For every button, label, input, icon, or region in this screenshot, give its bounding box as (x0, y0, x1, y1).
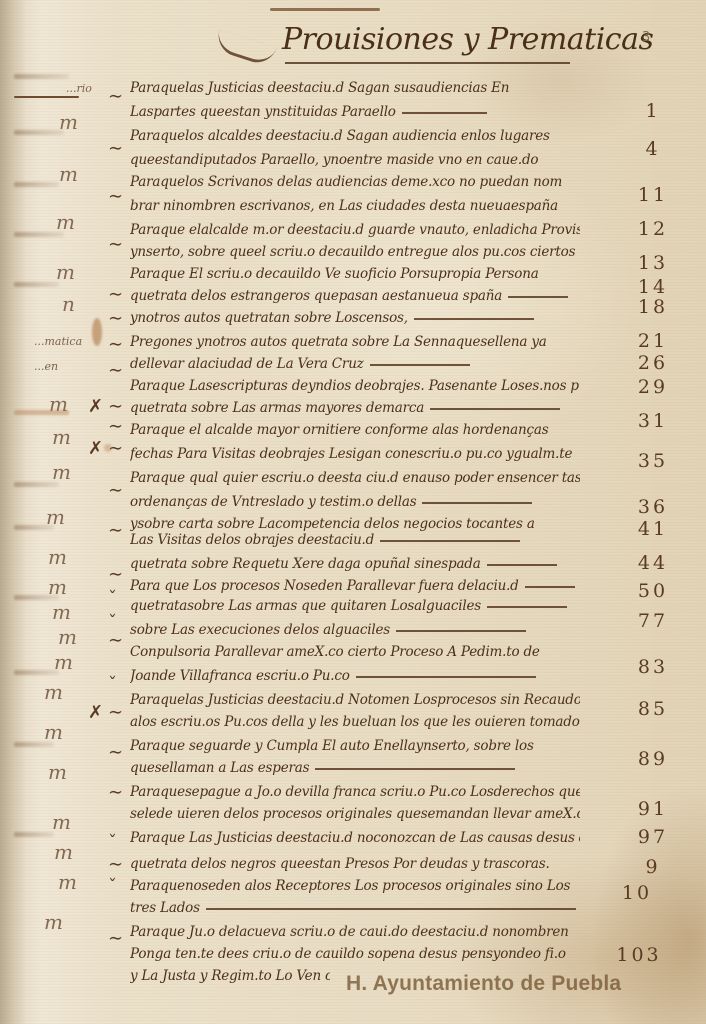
margin-mark: m (52, 600, 71, 624)
page-reference: 103 (614, 944, 664, 966)
margin-mark: m (56, 260, 75, 284)
stain-spot (104, 444, 112, 452)
fill-rule (356, 676, 536, 678)
entry-line: Paraque seguarde y Cumpla El auto Enella… (130, 738, 580, 754)
page-reference: 44 (628, 552, 678, 574)
margin-mark: m (58, 625, 77, 649)
tilde-mark: ∼ (108, 398, 123, 416)
bleed-line (14, 74, 69, 79)
top-rule (270, 8, 380, 11)
bleed-rule (14, 96, 79, 98)
bleed-line (14, 670, 59, 675)
entry-line: quetrata delos negros queestan Presos Po… (130, 856, 580, 872)
margin-mark: n (62, 292, 75, 316)
entry-line: Paraque Las Justicias deestaciu.d nocono… (130, 830, 580, 846)
bleed-line (14, 482, 59, 487)
tilde-mark: ˇ (108, 590, 117, 608)
title-swash-flourish (213, 29, 277, 68)
tilde-mark: ∼ (108, 310, 123, 328)
fill-rule (396, 630, 526, 632)
tilde-mark: ∼ (108, 362, 123, 380)
fill-rule (422, 502, 532, 504)
tilde-mark: ∼ (108, 566, 123, 584)
margin-mark: m (52, 460, 71, 484)
tilde-mark: ∼ (108, 482, 123, 500)
tilde-mark: ∼ (108, 784, 123, 802)
entry-text: tres Lados (130, 900, 200, 916)
page-reference: 83 (628, 656, 678, 678)
entry-line: Conpulsoria Parallevar ameX.co cierto Pr… (130, 644, 580, 660)
tilde-mark: ∼ (108, 286, 123, 304)
page-reference: 14 (628, 276, 678, 298)
bleed-line (14, 525, 54, 530)
tilde-mark: ∼ (108, 236, 123, 254)
tilde-mark: ˇ (108, 834, 117, 852)
x-mark: ✗ (88, 704, 103, 722)
entry-text: ynotros autos quetratan sobre Loscensos, (130, 310, 408, 326)
folio-number: 3 (642, 30, 650, 45)
tilde-mark: ∼ (108, 88, 123, 106)
margin-mark: m (56, 210, 75, 234)
fill-rule (402, 112, 487, 114)
tilde-mark: ∼ (108, 856, 123, 874)
fill-rule (370, 364, 470, 366)
entry-line: ynserto, sobre queel scriu.o decauildo e… (130, 244, 580, 260)
bleed-line (14, 282, 59, 287)
page-reference: 97 (628, 826, 678, 848)
entry-line: Paraquelos Scrivanos delas audiencias de… (130, 174, 580, 190)
page-reference: 35 (628, 450, 678, 472)
page-reference: 31 (628, 410, 678, 432)
fill-rule (315, 768, 515, 770)
page-reference: 1 (628, 100, 678, 122)
entry-line: quetratasobre Las armas que quitaren Los… (130, 598, 580, 614)
fill-rule (508, 296, 568, 298)
entry-line: Paraquesepague a Jo.o devilla franca scr… (130, 784, 580, 800)
page-reference: 13 (628, 252, 678, 274)
page-reference: 50 (628, 580, 678, 602)
x-mark: ✗ (88, 440, 103, 458)
margin-mark: m (58, 870, 77, 894)
entry-line: Pregones ynotros autos quetrata sobre La… (130, 334, 580, 350)
page-title: Prouisiones y Prematicas (282, 22, 653, 57)
page-reference: 91 (628, 798, 678, 820)
tilde-mark: ˇ (108, 878, 117, 896)
fill-rule (380, 540, 520, 542)
entry-text: quetratasobre Las armas que quitaren Los… (130, 598, 481, 614)
archive-watermark: H. Ayuntamiento de Puebla (346, 972, 621, 996)
entry-line: Joande Villafranca escriu.o Pu.co (130, 668, 580, 684)
tilde-mark: ∼ (108, 336, 123, 354)
margin-mark: m (54, 840, 73, 864)
fill-rule (414, 318, 534, 320)
margin-mark: m (52, 425, 71, 449)
tilde-mark: ∼ (108, 744, 123, 762)
entry-line: selede uieren delos procesos originales … (130, 806, 580, 822)
margin-mark: m (52, 810, 71, 834)
tilde-mark: ∼ (108, 704, 123, 722)
margin-note-top: ...rio (66, 82, 92, 95)
entry-text: Joande Villafranca escriu.o Pu.co (130, 668, 350, 684)
tilde-mark: ∼ (108, 188, 123, 206)
bleed-line (14, 130, 64, 135)
entry-line: quetrata sobre Las armas mayores demarca (130, 400, 580, 416)
page-reference: 89 (628, 748, 678, 770)
tilde-mark: ∼ (108, 418, 123, 436)
margin-mark: m (48, 760, 67, 784)
entry-line: quesellaman a Las esperas (130, 760, 580, 776)
bleed-line (14, 832, 54, 837)
page-reference: 18 (628, 296, 678, 318)
page-reference: 41 (628, 518, 678, 540)
entry-text: Laspartes queestan ynstituidas Paraello (130, 104, 396, 120)
page-reference: 4 (628, 138, 678, 160)
entry-line: Paraque qual quier escriu.o deesta ciu.d… (130, 470, 580, 486)
entry-line: brar ninombren escrivanos, en Las ciudad… (130, 198, 580, 214)
tilde-mark: ∼ (108, 522, 123, 540)
entry-line: Laspartes queestan ynstituidas Paraello (130, 104, 580, 120)
entry-line: Para que Los procesos Noseden Parallevar… (130, 578, 580, 594)
entry-line: tres Lados (130, 900, 580, 916)
entry-line: dellevar alaciudad de La Vera Cruz (130, 356, 580, 372)
entry-line: Paraque elalcalde m.or deestaciu.d guard… (130, 222, 580, 238)
margin-note: ...en (34, 360, 58, 373)
fill-rule (206, 908, 576, 910)
entry-line: Paraquelas Justicias deestaciu.d Notomen… (130, 692, 580, 708)
entry-line: alos escriu.os Pu.cos della y les buelua… (130, 714, 580, 730)
title-underline (285, 62, 570, 64)
entry-line: ysobre carta sobre Lacompetencia delos n… (130, 516, 580, 532)
entry-line: queestandiputados Paraello, ynoentre mas… (130, 152, 580, 168)
page-reference: 29 (628, 376, 678, 398)
entry-line: Paraquelos alcaldes deestaciu.d Sagan au… (130, 128, 580, 144)
entry-line: Paraque Lasescripturas deyndios deobraje… (130, 378, 580, 394)
entry-text: dellevar alaciudad de La Vera Cruz (130, 356, 364, 372)
entry-text: Para que Los procesos Noseden Parallevar… (130, 578, 519, 594)
bleed-line (14, 410, 69, 415)
page-reference: 10 (612, 882, 662, 904)
fill-rule (487, 564, 557, 566)
entry-line: ynotros autos quetratan sobre Loscensos, (130, 310, 580, 326)
margin-mark: m (44, 720, 63, 744)
entry-text: quetrata sobre Requetu Xere daga opuñal … (130, 556, 481, 572)
tilde-mark: ˇ (108, 676, 117, 694)
page-reference: 11 (628, 184, 678, 206)
page-reference: 85 (628, 698, 678, 720)
margin-mark: m (44, 910, 63, 934)
entry-line: Paraquelas Justicias deestaciu.d Sagan s… (130, 80, 580, 96)
entry-text: ordenanças de Vntreslado y testim.o dell… (130, 494, 416, 510)
tilde-mark: ∼ (108, 930, 123, 948)
page-reference: 26 (628, 352, 678, 374)
margin-mark: m (59, 162, 78, 186)
fill-rule (430, 408, 560, 410)
entry-line: quetrata sobre Requetu Xere daga opuñal … (130, 556, 580, 572)
left-margin-bleedthrough: ...rio m m m m n ...matica ...en m m m m… (14, 70, 89, 930)
entry-line: Las Visitas delos obrajes deestaciu.d (130, 532, 580, 548)
bleed-line (14, 232, 64, 237)
stain-spot (92, 318, 102, 346)
entry-line: sobre Las execuciones delos alguaciles (130, 622, 580, 638)
manuscript-page: ...rio m m m m n ...matica ...en m m m m… (0, 0, 706, 1024)
entry-line: Paraquenoseden alos Receptores Los proce… (130, 878, 580, 894)
margin-mark: m (44, 680, 63, 704)
entry-line: Ponga ten.te dees criu.o de cauildo sope… (130, 946, 580, 962)
entry-line: Paraque Ju.o delacueva scriu.o de caui.d… (130, 924, 580, 940)
margin-note: ...matica (34, 335, 82, 348)
entry-text: quesellaman a Las esperas (130, 760, 309, 776)
page-reference: 77 (628, 610, 678, 632)
entry-text: quetrata delos estrangeros quepasan aest… (130, 288, 502, 304)
bleed-line (14, 182, 59, 187)
margin-mark: m (48, 545, 67, 569)
tilde-mark: ∼ (108, 632, 123, 650)
page-reference: 36 (628, 496, 678, 518)
entry-text: Las Visitas delos obrajes deestaciu.d (130, 532, 374, 548)
entry-line: fechas Para Visitas deobrajes Lesigan co… (130, 446, 580, 462)
entry-text: quetrata sobre Las armas mayores demarca (130, 400, 424, 416)
fill-rule (525, 586, 575, 588)
entry-text: sobre Las execuciones delos alguaciles (130, 622, 390, 638)
tilde-mark: ∼ (108, 140, 123, 158)
page-reference: 12 (628, 218, 678, 240)
bleed-line (14, 742, 54, 747)
page-reference: 9 (628, 856, 678, 878)
page-reference: 21 (628, 330, 678, 352)
x-mark: ✗ (88, 398, 103, 416)
fill-rule (487, 606, 567, 608)
entry-line: Paraque el alcalde mayor ornitiere confo… (130, 422, 580, 438)
entry-line: y La Justa y Regim.to Lo Ven conlrre (130, 968, 330, 984)
entry-line: Paraque El scriu.o decauildo Ve suoficio… (130, 266, 580, 282)
entry-line: ordenanças de Vntreslado y testim.o dell… (130, 494, 580, 510)
entry-line: quetrata delos estrangeros quepasan aest… (130, 288, 580, 304)
